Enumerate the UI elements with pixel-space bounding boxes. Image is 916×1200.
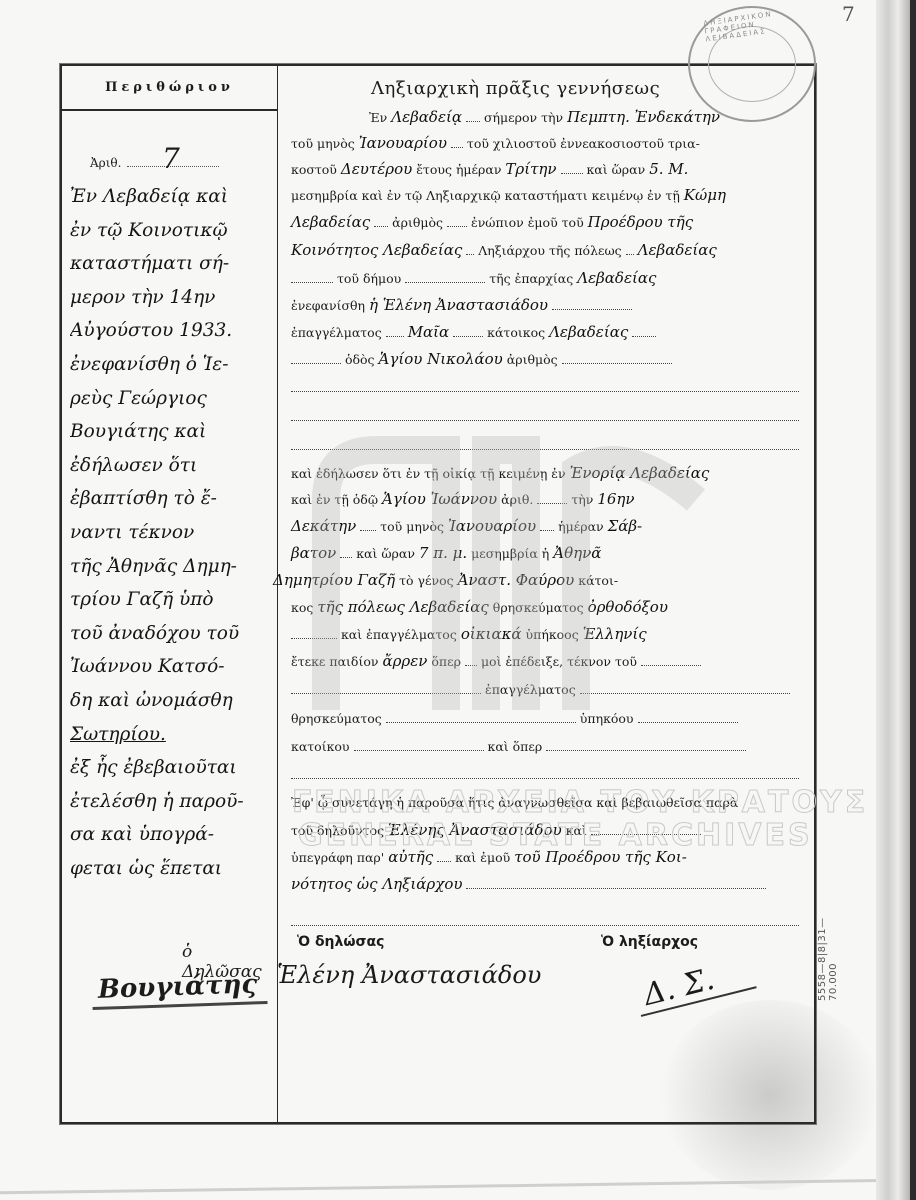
handwritten-text: βατον	[291, 544, 336, 562]
handwritten-text: ἄρρεν	[382, 652, 427, 670]
handwritten-text: Ἑλληνίς	[583, 625, 647, 643]
printed-text: καὶ ὥραν	[586, 162, 645, 177]
handwritten-text: ὀρθοδόξου	[588, 598, 668, 616]
printed-text: καὶ ἐν τῇ ὁδῷ	[291, 492, 378, 507]
certificate-frame: Περιθώριον Ἀριθ. 7 Ἐν Λεβαδείᾳ καὶ ἐν τῷ…	[60, 64, 816, 1124]
record-line: ἔτεκε παιδίον ἄρρεν ὅπερ μοὶ ἐπέδειξε, τ…	[291, 651, 803, 672]
printed-text: Ἐφ' ᾧ συνετάγη ἡ παροῦσα ἥτις ἀναγνωσθεῖ…	[291, 795, 738, 810]
record-line: ἐπαγγέλματος	[291, 680, 803, 700]
note-line: καταστήματι σή-	[70, 247, 270, 281]
printed-text: τοῦ χιλιοστοῦ ἐννεακοσιοστοῦ τρια-	[467, 136, 700, 151]
note-line: Βουγιάτης καὶ	[70, 415, 270, 449]
printed-text: τὴν	[571, 492, 593, 507]
book-spine-edge	[876, 0, 916, 1200]
printed-text: καὶ ἐπαγγέλματος	[341, 627, 457, 642]
printed-text: ἐπαγγέλματος	[291, 325, 382, 340]
note-line: τοῦ ἀναδόχου τοῦ	[70, 617, 270, 651]
note-line: μερον τὴν 14ην	[70, 281, 270, 315]
handwritten-text: Ἰανουαρίου	[448, 517, 536, 535]
handwritten-text: Κοινότητος Λεβαδείας	[291, 241, 462, 259]
record-line: κατοίκου καὶ ὅπερ	[291, 737, 803, 757]
printed-text: ὑπεγράφη παρ'	[291, 850, 384, 865]
handwritten-text: Ἑλένης Ἀναστασιάδου	[388, 821, 562, 839]
registrar-signature: Δ. Σ.	[632, 952, 757, 1017]
record-number-label: Ἀριθ.	[90, 156, 121, 170]
printed-text: ἡμέραν	[558, 519, 603, 534]
record-line: θρησκεύματος ὑπηκόου	[291, 709, 803, 729]
handwritten-text: Ἁγίου Ἰωάννου	[382, 490, 497, 508]
handwritten-text: νότητος ὡς Ληξιάρχου	[291, 875, 462, 893]
printed-text: τοῦ μηνὸς	[291, 136, 355, 151]
printed-text: καὶ ὅπερ	[488, 739, 543, 754]
handwritten-text: Λεβαδείας	[638, 241, 717, 259]
printed-text: ὑπήκοος	[526, 627, 579, 642]
handwritten-text: αὐτῆς	[388, 848, 433, 866]
blank-dotted-line	[291, 436, 803, 456]
document-page: 7 Περιθώριον Ἀριθ. 7 Ἐν Λεβαδείᾳ καὶ ἐν …	[0, 0, 880, 1200]
declarant-signature: Ἑλένη Ἀναστασιάδου	[277, 961, 541, 989]
blank-dotted-line	[291, 765, 803, 785]
printed-text: κοστοῦ	[291, 162, 337, 177]
record-line: Δεκάτην τοῦ μηνὸς Ἰανουαρίου ἡμέραν Σάβ-	[291, 516, 803, 537]
handwritten-text: Ἐνορίᾳ Λεβαδείας	[570, 464, 710, 482]
note-line: ἐδήλωσεν ὅτι	[70, 449, 270, 483]
printed-text: ἀριθ.	[501, 492, 533, 507]
printed-text: καὶ ἐδήλωσεν ὅτι ἐν τῇ οἰκίᾳ τῇ κειμένῃ …	[291, 466, 566, 481]
handwritten-text: 7 π. μ.	[419, 544, 467, 562]
record-line: Κοινότητος Λεβαδείας Ληξιάρχου τῆς πόλεω…	[291, 240, 803, 261]
note-line: ἐτελέσθη ἡ παροῦ-	[70, 785, 270, 819]
printed-text: ἔτους ἡμέραν	[416, 162, 501, 177]
record-line: βατον καὶ ὥραν 7 π. μ. μεσημβρία ἡ Ἀθηνᾶ	[291, 543, 803, 564]
record-line: τοῦ δηλοῦντος Ἑλένης Ἀναστασιάδου καὶ	[291, 820, 803, 841]
margin-note: Ἐν Λεβαδείᾳ καὶ ἐν τῷ Κοινοτικῷ καταστήμ…	[70, 180, 270, 885]
handwritten-text: Δεκάτην	[291, 517, 356, 535]
note-line: Ἐν Λεβαδείᾳ καὶ	[70, 180, 270, 214]
printed-text: τοῦ μηνὸς	[380, 519, 444, 534]
record-line: ἐνεφανίσθη ἡ Ἑλένη Ἀναστασιάδου	[291, 295, 803, 316]
record-line: Δημητρίου Γαζῆ τὸ γένος Ἀναστ. Φαύρου κά…	[273, 570, 785, 591]
handwritten-text: Ἀθηνᾶ	[553, 544, 601, 562]
note-line: ρεὺς Γεώργιος	[70, 382, 270, 416]
handwritten-text: τῆς πόλεως Λεβαδείας	[317, 598, 488, 616]
printed-text: ἐπαγγέλματος	[485, 682, 576, 697]
handwritten-text: Δευτέρου	[341, 160, 412, 178]
margin-signature: Βουγιάτης	[91, 969, 267, 1010]
note-line: Αὐγούστου 1933.	[70, 314, 270, 348]
registrar-label: Ὁ ληξίαρχος	[601, 934, 698, 950]
record-line: κοστοῦ Δευτέρου ἔτους ἡμέραν Τρίτην καὶ …	[291, 159, 803, 180]
declarant-label: Ὁ δηλώσας	[297, 934, 384, 950]
printed-text: τοῦ δήμου	[337, 271, 401, 286]
handwritten-text: Κώμη	[684, 186, 726, 204]
handwritten-text: Ἁγίου Νικολάου	[379, 350, 503, 368]
printed-text: μεσημβρία ἡ	[471, 546, 549, 561]
blank-dotted-line	[291, 912, 803, 932]
margin-column: Περιθώριον Ἀριθ. 7 Ἐν Λεβαδείᾳ καὶ ἐν τῷ…	[62, 66, 278, 1122]
official-stamp: ΛΗΞΙΑΡΧΙΚΟΝ ΓΡΑΦΕΙΟΝ ΛΕΙΒΑΔΕΙΑΣ	[688, 6, 816, 122]
printed-text: ἀριθμὸς	[507, 352, 558, 367]
printed-text: θρησκεύματος	[291, 711, 382, 726]
handwritten-text: Ἰανουαρίου	[359, 134, 447, 152]
note-line: ἐβαπτίσθη τὸ ἔ-	[70, 482, 270, 516]
document-title: Ληξιαρχικὴ πρᾶξις γεννήσεως	[371, 78, 660, 99]
record-line: Ἐφ' ᾧ συνετάγη ἡ παροῦσα ἥτις ἀναγνωσθεῖ…	[291, 793, 803, 813]
handwritten-text: Προέδρου τῆς	[588, 213, 693, 231]
print-code-text: 5558—8|8|31—70.000	[817, 881, 839, 1001]
printed-text: κος	[291, 600, 313, 615]
margin-header: Περιθώριον	[62, 66, 277, 111]
printed-text: τῆς ἐπαρχίας	[489, 271, 573, 286]
printed-text: ἐνεφανίσθη	[291, 298, 365, 313]
printed-text: καὶ	[566, 823, 587, 838]
handwritten-text: Λεβαδείας	[577, 269, 656, 287]
record-line: μεσημβρία καὶ ἐν τῷ Ληξιαρχικῷ καταστήμα…	[291, 185, 803, 206]
printed-text: Ληξιάρχου τῆς πόλεως	[478, 243, 621, 258]
handwritten-text: 5. Μ.	[649, 160, 688, 178]
printed-text: καὶ ὥραν	[356, 546, 415, 561]
note-line: σα καὶ ὑπογρά-	[70, 818, 270, 852]
printed-text: ἐνώπιον ἐμοῦ τοῦ	[471, 215, 584, 230]
record-line: καὶ ἐν τῇ ὁδῷ Ἁγίου Ἰωάννου ἀριθ. τὴν 16…	[291, 489, 803, 510]
printed-text: ὁδὸς	[345, 352, 375, 367]
printed-text: τὸ γένος	[399, 573, 454, 588]
note-line: ναντι τέκνον	[70, 516, 270, 550]
record-number: Ἀριθ. 7	[90, 156, 219, 170]
note-line: δη καὶ ὠνομάσθη	[70, 684, 270, 718]
printed-text: ὅπερ	[431, 654, 461, 669]
record-line: τοῦ δήμου τῆς ἐπαρχίας Λεβαδείας	[291, 268, 803, 289]
printed-text: καὶ ἐμοῦ	[455, 850, 510, 865]
handwritten-text: Πεμπτη. Ἐνδεκάτην	[567, 108, 720, 126]
handwritten-text: Λεβαδείας	[549, 323, 628, 341]
printed-text: μεσημβρία καὶ ἐν τῷ Ληξιαρχικῷ καταστήμα…	[291, 188, 680, 203]
note-line: τρίου Γαζῆ ὑπὸ	[70, 583, 270, 617]
record-line: νότητος ὡς Ληξιάρχου	[291, 874, 803, 895]
note-line: ἐν τῷ Κοινοτικῷ	[70, 214, 270, 248]
handwritten-text: Σάβ-	[608, 517, 642, 535]
printed-text: ὑπηκόου	[580, 711, 634, 726]
note-line: Σωτηρίου.	[70, 718, 270, 752]
printed-text: κατοίκου	[291, 739, 350, 754]
note-line: Ἰωάννου Κατσό-	[70, 650, 270, 684]
birth-record-body: Ληξιαρχικὴ πρᾶξις γεννήσεως Ἐν Λεβαδείᾳ …	[279, 66, 814, 1122]
note-line: ἐξ ἧς ἐβεβαιοῦται	[70, 751, 270, 785]
blank-dotted-line	[291, 407, 803, 427]
record-number-value: 7	[162, 142, 180, 175]
printed-text: σήμερον τὴν	[484, 110, 563, 125]
record-line: ὑπεγράφη παρ' αὐτῆς καὶ ἐμοῦ τοῦ Προέδρο…	[291, 847, 803, 868]
note-line: ἐνεφανίσθη ὁ Ἱε-	[70, 348, 270, 382]
handwritten-text: Τρίτην	[505, 160, 556, 178]
record-line: καὶ ἐδήλωσεν ὅτι ἐν τῇ οἰκίᾳ τῇ κειμένῃ …	[291, 463, 803, 484]
note-line: φεται ὡς ἕπεται	[70, 852, 270, 886]
printed-text: ἔτεκε παιδίον	[291, 654, 378, 669]
page-number: 7	[842, 2, 855, 26]
handwritten-text: Δημητρίου Γαζῆ	[273, 571, 395, 589]
record-line: ὁδὸς Ἁγίου Νικολάου ἀριθμὸς	[291, 349, 803, 370]
printed-text: Ἐν	[369, 110, 387, 125]
record-line: Λεβαδείας ἀριθμὸς ἐνώπιον ἐμοῦ τοῦ Προέδ…	[291, 212, 803, 233]
printed-text: ἀριθμὸς	[392, 215, 443, 230]
print-code: 5558—8|8|31—70.000	[816, 880, 836, 1000]
printed-text: τοῦ δηλοῦντος	[291, 823, 384, 838]
record-line: καὶ ἐπαγγέλματος οἰκιακά ὑπήκοος Ἑλληνίς	[291, 624, 803, 645]
record-line: ἐπαγγέλματος Μαῖα κάτοικος Λεβαδείας	[291, 322, 803, 343]
printed-text: θρησκεύματος	[493, 600, 584, 615]
handwritten-text: Μαῖα	[408, 323, 450, 341]
printed-text: κάτοι-	[578, 573, 618, 588]
note-line: τῆς Ἀθηνᾶς Δημη-	[70, 550, 270, 584]
blank-dotted-line	[291, 378, 803, 398]
record-line: κος τῆς πόλεως Λεβαδείας θρησκεύματος ὀρ…	[291, 597, 803, 618]
handwritten-text: ἡ Ἑλένη Ἀναστασιάδου	[369, 296, 548, 314]
handwritten-text: 16ην	[597, 490, 634, 508]
printed-text: κάτοικος	[487, 325, 545, 340]
handwritten-text: Λεβαδείᾳ	[391, 108, 462, 126]
handwritten-text: Ἀναστ. Φαύρου	[458, 571, 575, 589]
record-line: τοῦ μηνὸς Ἰανουαρίου τοῦ χιλιοστοῦ ἐννεα…	[291, 133, 803, 154]
handwritten-text: Λεβαδείας	[291, 213, 370, 231]
handwritten-text: οἰκιακά	[461, 625, 522, 643]
printed-text: μοὶ ἐπέδειξε, τέκνον τοῦ	[481, 654, 637, 669]
handwritten-text: τοῦ Προέδρου τῆς Κοι-	[514, 848, 687, 866]
